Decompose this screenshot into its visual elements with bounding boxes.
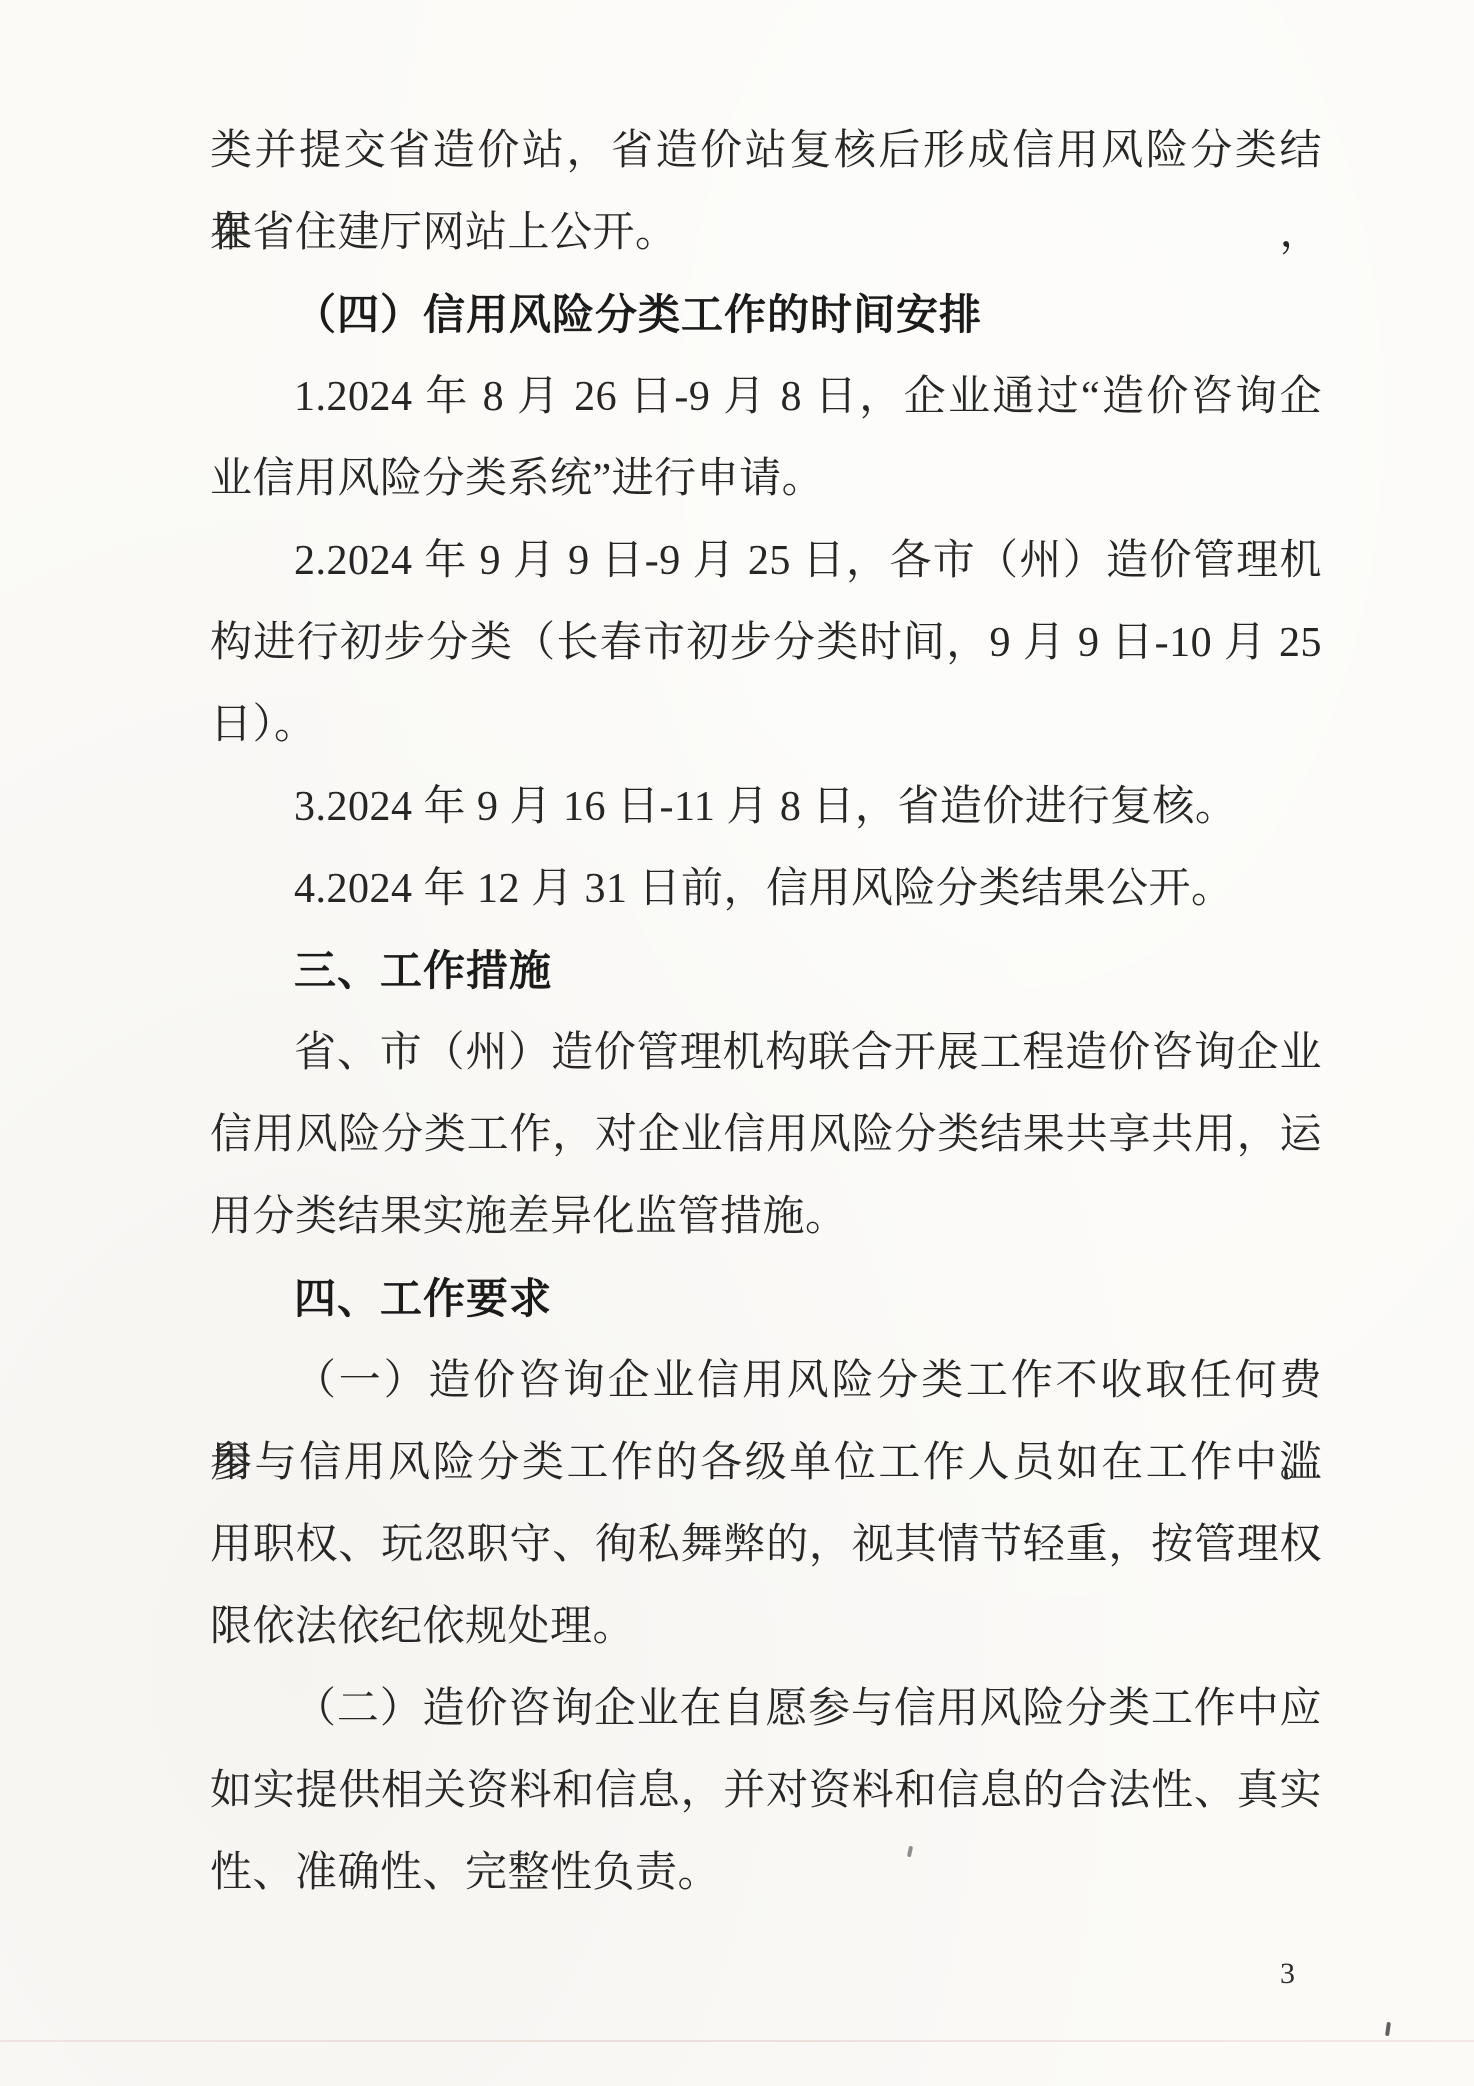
text-line: 3.2024 年 9 月 16 日-11 月 8 日，省造价进行复核。	[210, 766, 1322, 848]
text-line: 性、准确性、完整性负责。	[210, 1832, 1322, 1914]
text-line: 业信用风险分类系统”进行申请。	[210, 438, 1322, 520]
text-line: 如实提供相关资料和信息，并对资料和信息的合法性、真实	[210, 1750, 1322, 1832]
text-line: 4.2024 年 12 月 31 日前，信用风险分类结果公开。	[210, 848, 1322, 930]
page-number: 3	[1280, 1956, 1295, 1992]
text-line: 2.2024 年 9 月 9 日-9 月 25 日，各市（州）造价管理机	[210, 520, 1322, 602]
section-heading: （四）信用风险分类工作的时间安排	[210, 274, 1322, 356]
document-page: 类并提交省造价站，省造价站复核后形成信用风险分类结果，在省住建厅网站上公开。（四…	[0, 0, 1474, 2086]
text-line: 类并提交省造价站，省造价站复核后形成信用风险分类结果，	[210, 110, 1322, 192]
text-line: 用职权、玩忽职守、徇私舞弊的，视其情节轻重，按管理权	[210, 1504, 1322, 1586]
document-body: 类并提交省造价站，省造价站复核后形成信用风险分类结果，在省住建厅网站上公开。（四…	[210, 110, 1322, 1914]
text-line: （一）造价咨询企业信用风险分类工作不收取任何费用。	[210, 1340, 1322, 1422]
text-line: 日）。	[210, 684, 1322, 766]
text-line: 1.2024 年 8 月 26 日-9 月 8 日，企业通过“造价咨询企	[210, 356, 1322, 438]
text-line: 构进行初步分类（长春市初步分类时间，9 月 9 日-10 月 25	[210, 602, 1322, 684]
scan-ink-mark-artifact	[1385, 2022, 1391, 2036]
text-line: 信用风险分类工作，对企业信用风险分类结果共享共用，运	[210, 1094, 1322, 1176]
scan-edge-line-artifact	[0, 2040, 1474, 2042]
text-line: 省、市（州）造价管理机构联合开展工程造价咨询企业	[210, 1012, 1322, 1094]
section-heading: 四、工作要求	[210, 1258, 1322, 1340]
text-line: 限依法依纪依规处理。	[210, 1586, 1322, 1668]
text-line: 参与信用风险分类工作的各级单位工作人员如在工作中滥	[210, 1422, 1322, 1504]
section-heading: 三、工作措施	[210, 930, 1322, 1012]
text-line: 用分类结果实施差异化监管措施。	[210, 1176, 1322, 1258]
text-line: （二）造价咨询企业在自愿参与信用风险分类工作中应	[210, 1668, 1322, 1750]
